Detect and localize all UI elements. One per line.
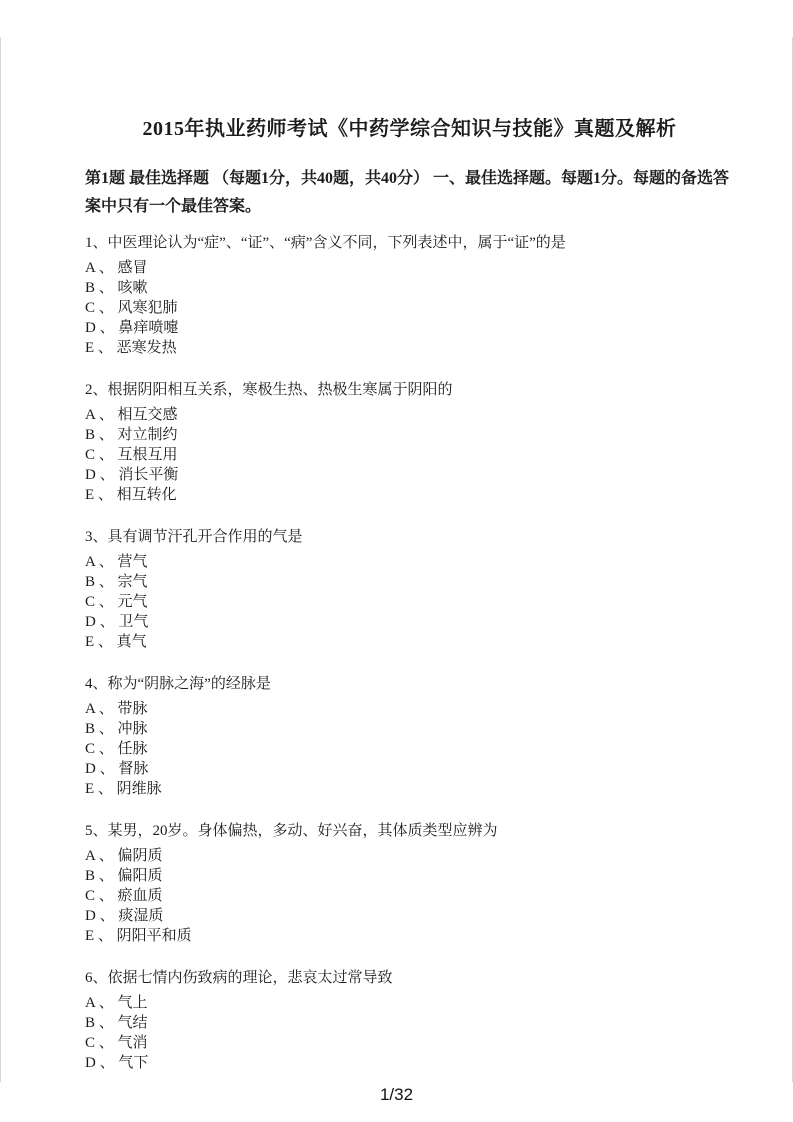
question-option: B 、 对立制约 (85, 425, 734, 445)
question-option: E 、 恶寒发热 (85, 338, 734, 358)
question-block: 2、根据阴阳相互关系，寒极生热、热极生寒属于阴阳的 A 、 相互交感 B 、 对… (85, 380, 734, 505)
question-option: D 、 消长平衡 (85, 465, 734, 485)
question-option: C 、 互根互用 (85, 445, 734, 465)
question-option: A 、 带脉 (85, 699, 734, 719)
question-options: A 、 感冒 B 、 咳嗽 C 、 风寒犯肺 D 、 鼻痒喷嚏 E 、 恶寒发热 (85, 258, 734, 358)
question-block: 5、某男，20岁。身体偏热，多动、好兴奋，其体质类型应辨为 A 、 偏阴质 B … (85, 821, 734, 946)
question-option: C 、 元气 (85, 592, 734, 612)
question-option: A 、 相互交感 (85, 405, 734, 425)
question-option: A 、 偏阴质 (85, 846, 734, 866)
question-option: C 、 任脉 (85, 739, 734, 759)
question-stem: 1、中医理论认为“症”、“证”、“病”含义不同，下列表述中，属于“证”的是 (85, 233, 734, 254)
question-option: B 、 冲脉 (85, 719, 734, 739)
question-option: E 、 相互转化 (85, 485, 734, 505)
question-option: C 、 风寒犯肺 (85, 298, 734, 318)
section-intro: 第1题 最佳选择题 （每题1分，共40题，共40分） 一、最佳选择题。每题1分。… (85, 165, 734, 221)
question-option: A 、 气上 (85, 993, 734, 1013)
question-option: C 、 气消 (85, 1033, 734, 1053)
question-block: 4、称为“阴脉之海”的经脉是 A 、 带脉 B 、 冲脉 C 、 任脉 D 、 … (85, 674, 734, 799)
question-stem: 6、依据七情内伤致病的理论，悲哀太过常导致 (85, 968, 734, 989)
question-stem: 2、根据阴阳相互关系，寒极生热、热极生寒属于阴阳的 (85, 380, 734, 401)
question-option: B 、 咳嗽 (85, 278, 734, 298)
question-option: B 、 气结 (85, 1013, 734, 1033)
question-stem: 5、某男，20岁。身体偏热，多动、好兴奋，其体质类型应辨为 (85, 821, 734, 842)
question-option: D 、 气下 (85, 1053, 734, 1073)
question-option: A 、 感冒 (85, 258, 734, 278)
question-option: E 、 阴维脉 (85, 779, 734, 799)
question-options: A 、 气上 B 、 气结 C 、 气消 D 、 气下 (85, 993, 734, 1073)
question-option: D 、 痰湿质 (85, 906, 734, 926)
question-options: A 、 相互交感 B 、 对立制约 C 、 互根互用 D 、 消长平衡 E 、 … (85, 405, 734, 505)
question-option: E 、 阴阳平和质 (85, 926, 734, 946)
question-options: A 、 带脉 B 、 冲脉 C 、 任脉 D 、 督脉 E 、 阴维脉 (85, 699, 734, 799)
question-options: A 、 营气 B 、 宗气 C 、 元气 D 、 卫气 E 、 真气 (85, 552, 734, 652)
question-option: D 、 卫气 (85, 612, 734, 632)
question-options: A 、 偏阴质 B 、 偏阳质 C 、 瘀血质 D 、 痰湿质 E 、 阴阳平和… (85, 846, 734, 946)
question-option: B 、 偏阳质 (85, 866, 734, 886)
question-option: A 、 营气 (85, 552, 734, 572)
question-option: D 、 鼻痒喷嚏 (85, 318, 734, 338)
document-title: 2015年执业药师考试《中药学综合知识与技能》真题及解析 (85, 115, 734, 143)
question-option: E 、 真气 (85, 632, 734, 652)
question-block: 3、具有调节汗孔开合作用的气是 A 、 营气 B 、 宗气 C 、 元气 D 、… (85, 527, 734, 652)
question-stem: 4、称为“阴脉之海”的经脉是 (85, 674, 734, 695)
page-number: 1/32 (0, 1082, 793, 1108)
question-stem: 3、具有调节汗孔开合作用的气是 (85, 527, 734, 548)
question-option: C 、 瘀血质 (85, 886, 734, 906)
question-block: 6、依据七情内伤致病的理论，悲哀太过常导致 A 、 气上 B 、 气结 C 、 … (85, 968, 734, 1073)
document-page: 2015年执业药师考试《中药学综合知识与技能》真题及解析 第1题 最佳选择题 （… (0, 37, 793, 1082)
question-option: B 、 宗气 (85, 572, 734, 592)
question-option: D 、 督脉 (85, 759, 734, 779)
questions: 1、中医理论认为“症”、“证”、“病”含义不同，下列表述中，属于“证”的是 A … (85, 233, 734, 1073)
question-block: 1、中医理论认为“症”、“证”、“病”含义不同，下列表述中，属于“证”的是 A … (85, 233, 734, 358)
